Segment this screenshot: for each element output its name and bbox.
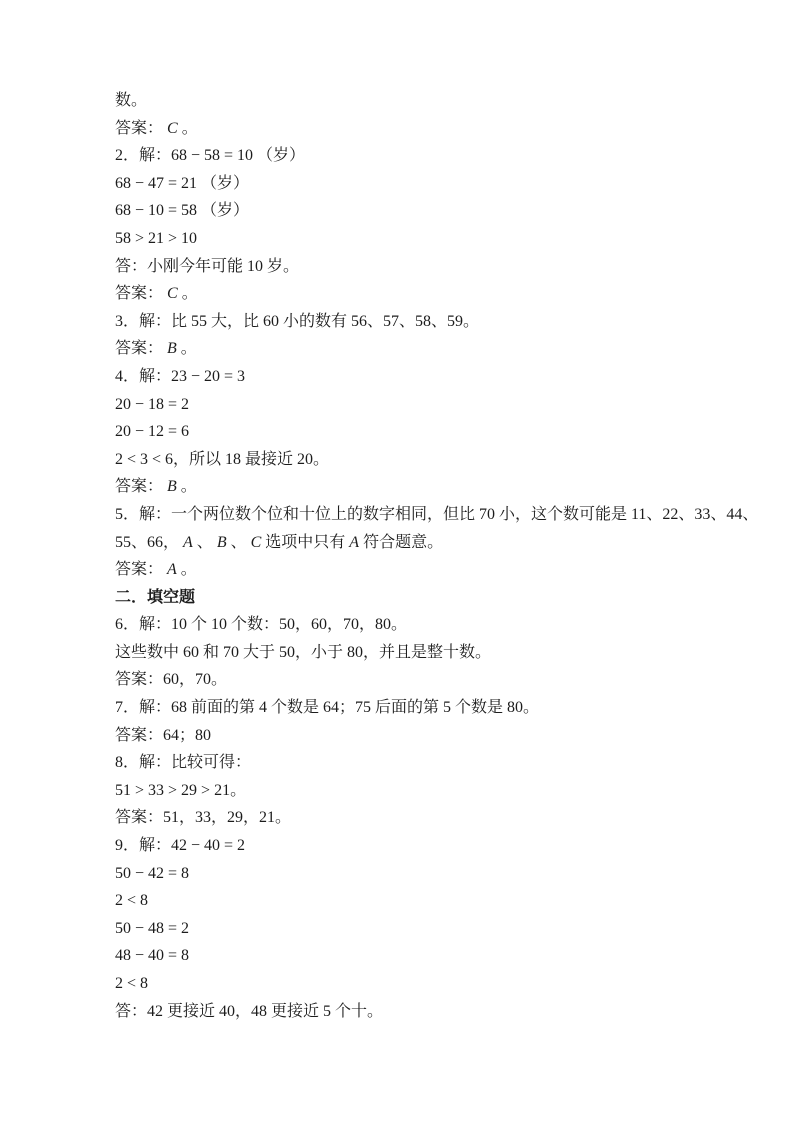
text-run: 。 (181, 561, 197, 578)
text-run: 3．解：比 55 大，比 60 小的数有 56、57、58、59。 (115, 313, 479, 330)
text-line: 2 < 8 (115, 970, 723, 998)
text-run: 2 < 8 (115, 892, 148, 909)
text-run: 51 > 33 > 29 > 21。 (115, 782, 246, 799)
text-line: 答案：A。 (115, 556, 723, 584)
text-line: 答案：64；80 (115, 722, 723, 750)
document-lines: 数。答案：C。2．解：68 − 58 = 10 （岁）68 − 47 = 21 … (115, 87, 723, 1025)
text-line: 7．解：68 前面的第 4 个数是 64；75 后面的第 5 个数是 80。 (115, 694, 723, 722)
text-run: 答案：60，70。 (115, 671, 227, 688)
text-run: 48 − 40 = 8 (115, 947, 189, 964)
text-line: 68 − 47 = 21 （岁） (115, 170, 723, 198)
text-run: 50 − 48 = 2 (115, 920, 189, 937)
text-run: 二．填空题 (115, 589, 195, 606)
text-run: 答案： (115, 478, 163, 495)
text-line: 20 − 18 = 2 (115, 391, 723, 419)
text-run: 2．解：68 − 58 = 10 （岁） (115, 147, 305, 164)
text-run: 7．解：68 前面的第 4 个数是 64；75 后面的第 5 个数是 80。 (115, 699, 539, 716)
text-line: 51 > 33 > 29 > 21。 (115, 777, 723, 805)
text-line: 答案：B。 (115, 335, 723, 363)
math-variable: B (217, 534, 227, 551)
text-line: 55、66，A、B、C选项中只有A符合题意。 (115, 529, 723, 557)
text-line: 数。 (115, 87, 723, 115)
text-run: 、 (197, 534, 213, 551)
text-run: 68 − 10 = 58 （岁） (115, 202, 249, 219)
text-run: 9．解：42 − 40 = 2 (115, 837, 245, 854)
text-run: 数。 (115, 92, 147, 109)
text-run: 8．解：比较可得： (115, 754, 251, 771)
text-line: 68 − 10 = 58 （岁） (115, 197, 723, 225)
math-variable: B (167, 478, 177, 495)
text-run: 答案：51，33，29，21。 (115, 809, 291, 826)
text-run: 。 (181, 340, 197, 357)
text-run: 68 − 47 = 21 （岁） (115, 175, 249, 192)
text-run: 符合题意。 (363, 534, 443, 551)
text-run: 、 (231, 534, 247, 551)
text-line: 答案：C。 (115, 280, 723, 308)
text-run: 答案： (115, 561, 163, 578)
text-run: 。 (181, 478, 197, 495)
text-run: 答：42 更接近 40，48 更接近 5 个十。 (115, 1003, 383, 1020)
text-line: 答案：B。 (115, 473, 723, 501)
text-run: 50 − 42 = 8 (115, 865, 189, 882)
math-variable: C (251, 534, 262, 551)
text-line: 50 − 42 = 8 (115, 860, 723, 888)
text-line: 答案：C。 (115, 115, 723, 143)
text-line: 2 < 8 (115, 887, 723, 915)
text-run: 这些数中 60 和 70 大于 50，小于 80，并且是整十数。 (115, 644, 491, 661)
text-line: 6．解：10 个 10 个数：50，60，70，80。 (115, 611, 723, 639)
text-run: 答案： (115, 285, 163, 302)
text-run: 2 < 8 (115, 975, 148, 992)
math-variable: B (167, 340, 177, 357)
text-line: 20 − 12 = 6 (115, 418, 723, 446)
text-run: 20 − 18 = 2 (115, 396, 189, 413)
text-line: 答案：60，70。 (115, 666, 723, 694)
document-page: 数。答案：C。2．解：68 − 58 = 10 （岁）68 − 47 = 21 … (0, 0, 793, 1122)
text-run: 。 (182, 120, 198, 137)
math-variable: A (167, 561, 177, 578)
text-run: 选项中只有 (265, 534, 345, 551)
section-heading: 二．填空题 (115, 584, 723, 612)
text-line: 2 < 3 < 6，所以 18 最接近 20。 (115, 446, 723, 474)
math-variable: A (349, 534, 359, 551)
text-run: 答案： (115, 340, 163, 357)
text-line: 50 − 48 = 2 (115, 915, 723, 943)
text-line: 58 > 21 > 10 (115, 225, 723, 253)
math-variable: C (167, 285, 178, 302)
text-run: 58 > 21 > 10 (115, 230, 197, 247)
math-variable: C (167, 120, 178, 137)
text-line: 3．解：比 55 大，比 60 小的数有 56、57、58、59。 (115, 308, 723, 336)
text-line: 8．解：比较可得： (115, 749, 723, 777)
text-run: 5．解：一个两位数个位和十位上的数字相同，但比 70 小，这个数可能是 11、2… (115, 506, 758, 523)
text-line: 5．解：一个两位数个位和十位上的数字相同，但比 70 小，这个数可能是 11、2… (115, 501, 723, 529)
text-line: 答：42 更接近 40，48 更接近 5 个十。 (115, 998, 723, 1026)
text-line: 答：小刚今年可能 10 岁。 (115, 253, 723, 281)
text-line: 答案：51，33，29，21。 (115, 804, 723, 832)
text-run: 4．解：23 − 20 = 3 (115, 368, 245, 385)
text-run: 答案： (115, 120, 163, 137)
text-run: 答案：64；80 (115, 727, 211, 744)
text-line: 48 − 40 = 8 (115, 942, 723, 970)
text-run: 。 (182, 285, 198, 302)
text-line: 这些数中 60 和 70 大于 50，小于 80，并且是整十数。 (115, 639, 723, 667)
text-run: 答：小刚今年可能 10 岁。 (115, 258, 299, 275)
text-line: 9．解：42 − 40 = 2 (115, 832, 723, 860)
text-run: 2 < 3 < 6，所以 18 最接近 20。 (115, 451, 329, 468)
text-run: 55、66， (115, 534, 179, 551)
text-line: 2．解：68 − 58 = 10 （岁） (115, 142, 723, 170)
text-run: 20 − 12 = 6 (115, 423, 189, 440)
math-variable: A (183, 534, 193, 551)
text-run: 6．解：10 个 10 个数：50，60，70，80。 (115, 616, 407, 633)
text-line: 4．解：23 − 20 = 3 (115, 363, 723, 391)
